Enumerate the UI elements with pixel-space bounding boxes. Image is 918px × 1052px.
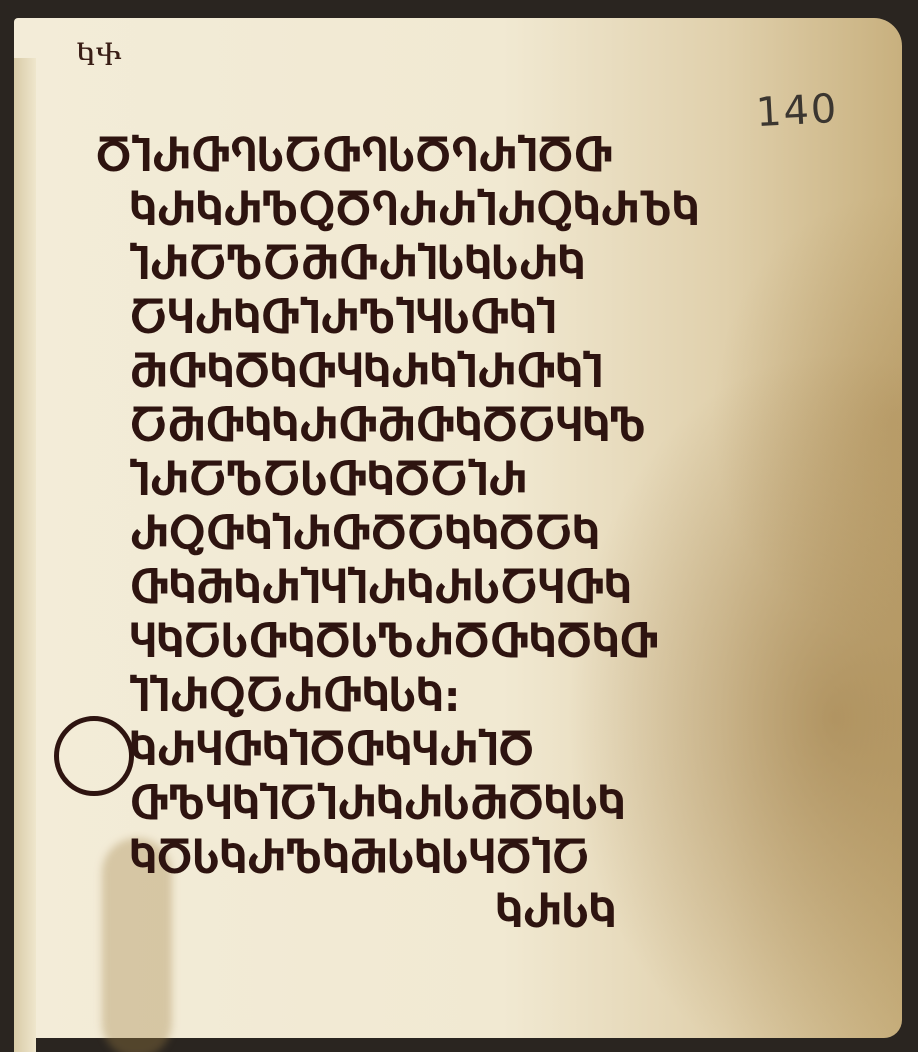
text-line: ႨႰႠႪႠႫႧႰႨႱႩႱႰႩ xyxy=(96,238,700,292)
text-line: ႩႰႩႰႪႭႣႤႰႰႨႰႭႩႰႦႩ xyxy=(96,184,700,238)
text-line: ႫႧႩႣႩႧႷႩႰႩႨႰႧႩႨ xyxy=(96,346,700,400)
initial-letter-circle xyxy=(54,716,134,796)
text-line: ႷႩႠႱႧႩႣႱႪႰႣႧႩႣႩႧ xyxy=(96,616,700,670)
text-line: ႨႨႰႭႠႰႧႩႱႩ: xyxy=(96,670,700,724)
text-line: ႰႭႧႩႨႰႧႣႠႩႩႣႠႩ xyxy=(96,508,700,562)
adjacent-page-strip xyxy=(14,58,36,1052)
text-line: ႠႷႰႩႧႨႰႪႨႷႱႧႩႨ xyxy=(96,292,700,346)
text-line: ႧႩႫႩႰႨႷႨႰႩႰႱႠႷႧႩ xyxy=(96,562,700,616)
manuscript-page: ႩႵ 140 ႣႨႰႧႤႱႠႧႤႱႣႤႰႨႣႧ ႩႰႩႰႪႭႣႤႰႰႨႰႭႩႰႦ… xyxy=(14,18,902,1038)
text-line: ႩႣႱႩႰႪႩႫႱႩႱႷႣႨႠ xyxy=(96,832,700,886)
text-line: ႠႫႧႩႩႰႧႫႧႩႣႠႷႩႪ xyxy=(96,400,700,454)
text-line: ႣႨႰႧႤႱႠႧႤႱႣႤႰႨႣႧ xyxy=(96,130,700,184)
folio-number: 140 xyxy=(755,86,840,136)
text-line: ႩႰႱႩ xyxy=(96,886,700,940)
heading-abbreviation: ႩႵ xyxy=(76,42,122,72)
text-block: ႣႨႰႧႤႱႠႧႤႱႣႤႰႨႣႧ ႩႰႩႰႪႭႣႤႰႰႨႰႭႩႰႦႩ ႨႰႠႪႠ… xyxy=(96,130,700,940)
text-line: ႨႰႠႪႠႱႧႩႣႠႨႰ xyxy=(96,454,700,508)
text-line: ႩႰႷႧႩႨႣႧႩႷႰႨႣ xyxy=(96,724,700,778)
text-line: ႧႪႷႩႨႠႨႰႩႰႱႫႣႩႱႩ xyxy=(96,778,700,832)
